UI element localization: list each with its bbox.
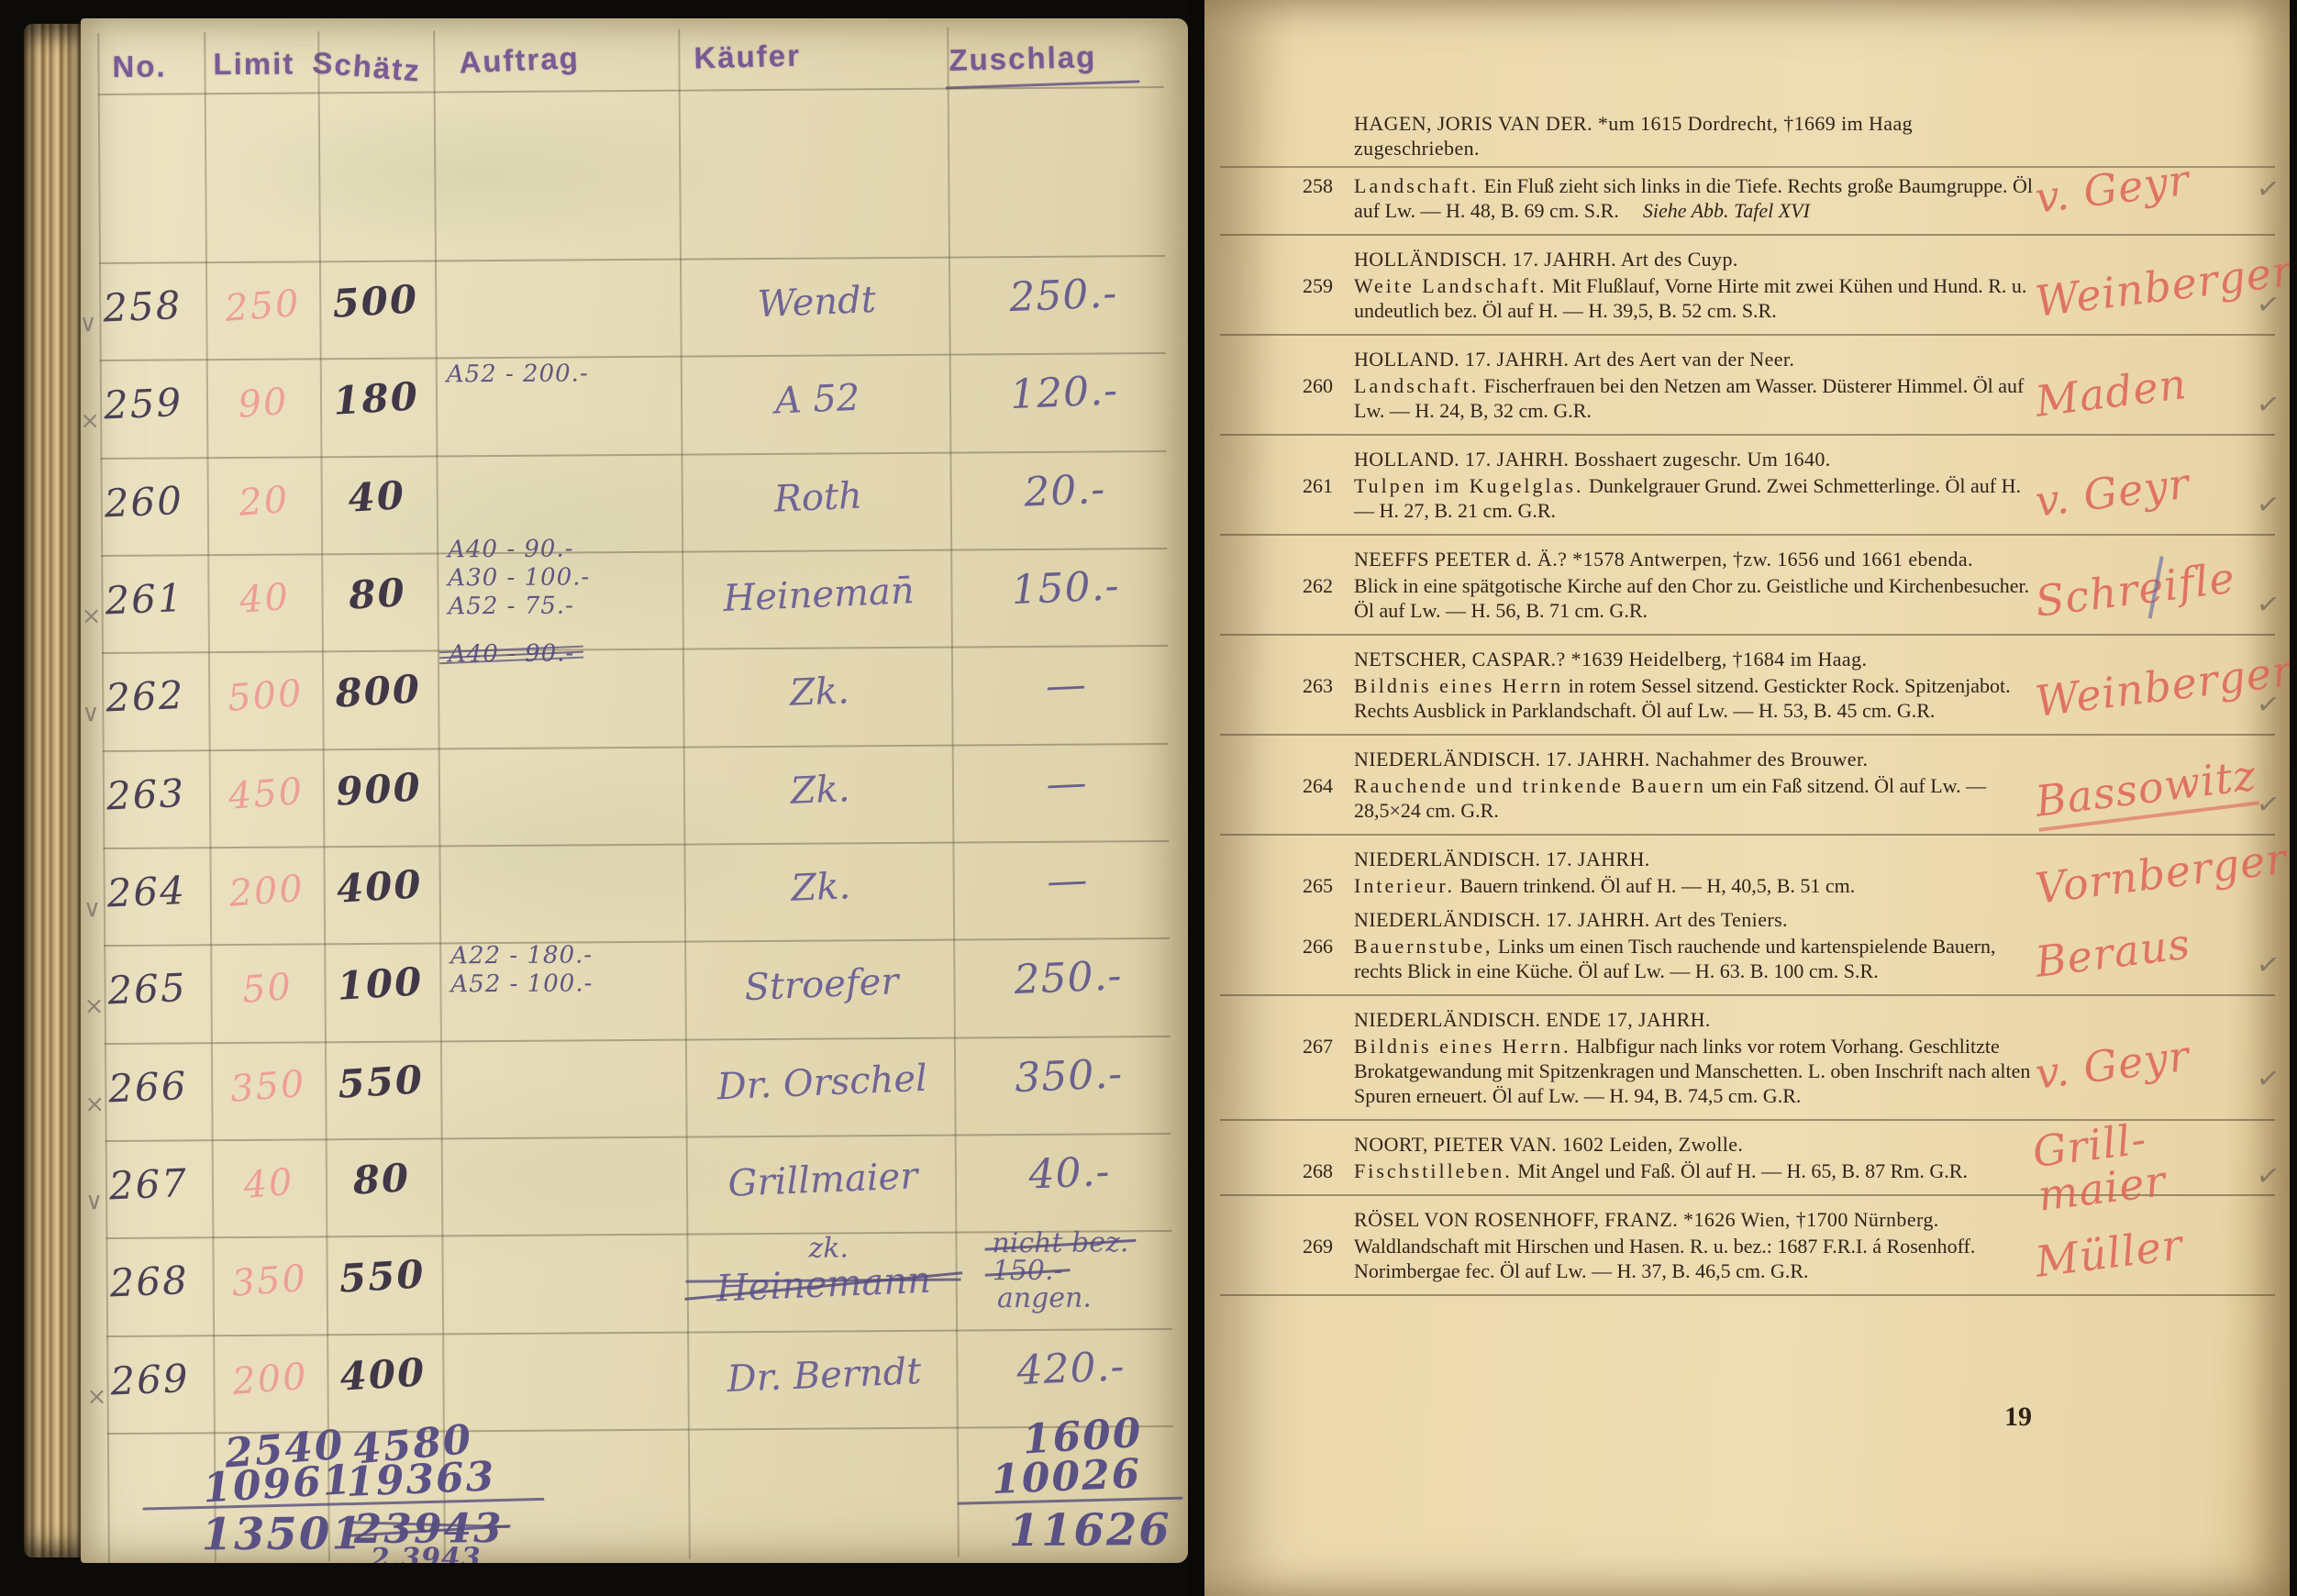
lot-description: 265Interieur. Bauern trinkend. Öl auf H.… [1354, 873, 2037, 898]
row-check-mark: × [86, 1383, 106, 1411]
lot-number: 265 [1303, 873, 1333, 898]
lot-description: 268Fischstilleben. Mit Angel und Faß. Öl… [1354, 1158, 2037, 1183]
entry-separator-rule [1220, 534, 2275, 536]
artist-header: HOLLÄNDISCH. 17. JAHRH. Art des Cuyp. [1354, 247, 2037, 272]
lot-title-emphasis: Weite Landschaft. [1354, 274, 1548, 297]
zuschlag-value: 250.- [952, 268, 1174, 324]
entry-separator-rule [1220, 834, 2275, 836]
margin-check-mark: ✓ [2255, 788, 2282, 823]
auftrag-note: A30 - 100.- [448, 563, 590, 592]
artist-header: NIEDERLÄNDISCH. 17. JAHRH. Nachahmer des… [1354, 747, 2037, 771]
kaufer-value: Dr. Berndt [692, 1348, 958, 1402]
lot-description: 261Tulpen im Kugelglas. Dunkelgrauer Gru… [1354, 473, 2037, 523]
buyer-annotation: Weinberger [2033, 646, 2290, 724]
limit-value: 20 [211, 476, 316, 526]
lot-number: 269 [1303, 1234, 1333, 1258]
header-rule [98, 86, 1164, 95]
ledger-page: No. Limit Schätz Auftrag Käufer Zuschlag… [81, 18, 1188, 1563]
row-check-mark: × [81, 407, 100, 435]
buyer-annotation: Maden [2033, 346, 2290, 424]
lot-number: 259 [84, 379, 202, 428]
artist-header: NETSCHER, CASPAR.? *1639 Heidelberg, †16… [1354, 647, 2037, 671]
lot-description: 263Bildnis eines Herrn in rotem Sessel s… [1354, 673, 2037, 723]
lot-number: 265 [89, 964, 206, 1014]
book-gutter [1188, 0, 1204, 1596]
row-rule [100, 352, 1166, 361]
schatz-value: 550 [326, 1056, 437, 1107]
lot-number: 267 [1303, 1034, 1333, 1058]
buyer-annotation: Weinberger [2033, 246, 2290, 324]
lot-number: 269 [91, 1355, 208, 1404]
lot-number: 262 [1303, 573, 1333, 598]
row-rule [101, 548, 1167, 557]
catalog-entry-264: NIEDERLÄNDISCH. 17. JAHRH. Nachahmer des… [1301, 742, 2290, 827]
lot-title-emphasis: Landschaft. [1354, 374, 1479, 397]
schatz-value: 40 [321, 471, 432, 522]
catalog-entry-267: NIEDERLÄNDISCH. ENDE 17, JAHRH.267Bildni… [1301, 1003, 2290, 1113]
margin-check-mark: ✓ [2255, 388, 2282, 423]
catalog-entry-262: NEEFFS PEETER d. Ä.? *1578 Antwerpen, †z… [1301, 542, 2290, 627]
lot-title-emphasis: Fischstilleben. [1354, 1159, 1513, 1182]
lot-number: 264 [88, 867, 205, 916]
zuschlag-value: angen. [997, 1282, 1092, 1315]
lot-title-emphasis: Bildnis eines Herrn. [1354, 1035, 1571, 1058]
artist-header: RÖSEL VON ROSENHOFF, FRANZ. *1626 Wien, … [1354, 1207, 2037, 1232]
limit-value: 90 [210, 379, 316, 428]
buyer-annotation: Bassowitz [2033, 746, 2290, 824]
auftrag-note-crossed: A40 - 90.- [449, 639, 575, 668]
lot-description: 264Rauchende und trinkende Bauern um ein… [1354, 773, 2037, 823]
buyer-annotation: Müller [2033, 1206, 2290, 1284]
catalog-entry-259: HOLLÄNDISCH. 17. JAHRH. Art des Cuyp.259… [1301, 242, 2290, 327]
row-check-mark: ∨ [83, 895, 101, 923]
artist-header: NEEFFS PEETER d. Ä.? *1578 Antwerpen, †z… [1354, 547, 2037, 571]
margin-check-mark: ✓ [2255, 172, 2282, 206]
margin-check-mark: ✓ [2255, 488, 2282, 523]
row-rule [102, 645, 1168, 654]
column-header-no: No. [112, 50, 166, 84]
row-check-mark: × [84, 1091, 105, 1118]
schatz-value: 400 [327, 1348, 438, 1400]
row-rule [103, 840, 1169, 849]
lot-number: 266 [89, 1062, 206, 1112]
catalog-entry-268: NOORT, PIETER VAN. 1602 Leiden, Zwolle.2… [1301, 1127, 2290, 1188]
schatz-value: 400 [324, 860, 435, 912]
lot-number: 268 [1303, 1158, 1333, 1183]
row-rule [106, 1328, 1172, 1337]
artist-header: HAGEN, JORIS VAN DER. *um 1615 Dordrecht… [1354, 111, 2037, 161]
catalog-entry-261: HOLLAND. 17. JAHRH. Bosshaert zugeschr. … [1301, 442, 2290, 527]
row-check-mark: ∨ [82, 700, 99, 727]
margin-check-mark: ✓ [2255, 1159, 2282, 1194]
schatz-value: 100 [325, 959, 436, 1010]
row-rule [99, 255, 1165, 264]
zuschlag-value: — [957, 853, 1179, 909]
schatz-value: 80 [322, 568, 433, 619]
lot-description: 269Waldlandschaft mit Hirschen und Hasen… [1354, 1234, 2037, 1283]
lot-number: 264 [1303, 773, 1333, 798]
catalog-page: HAGEN, JORIS VAN DER. *um 1615 Dordrecht… [1204, 0, 2290, 1596]
artist-header: NIEDERLÄNDISCH. 17. JAHRH. [1354, 847, 2037, 871]
buyer-annotation: Grill- maier [2030, 1097, 2290, 1219]
annotation-text: Bassowitz [2033, 749, 2259, 831]
zuschlag-value: 420.- [960, 1340, 1182, 1396]
kaufer-value: Zk. [687, 763, 953, 816]
lot-number: 261 [1303, 473, 1333, 498]
margin-check-mark: ✓ [2255, 688, 2282, 723]
lot-number: 262 [86, 671, 204, 721]
lot-number: 258 [83, 282, 201, 331]
catalog-entry-260: HOLLAND. 17. JAHRH. Art des Aert van der… [1301, 342, 2290, 427]
kaufer-abbrev-note: zk. [808, 1233, 849, 1265]
lot-title-emphasis: Rauchende und trinkende Bauern [1354, 774, 1706, 797]
zuschlag-value: 150.- [955, 560, 1177, 616]
zuschlag-value: — [955, 658, 1177, 714]
page-number: 19 [2004, 1402, 2032, 1433]
buyer-annotation: Beraus [2033, 906, 2290, 984]
limit-grand-total: 13501 [201, 1508, 363, 1560]
margin-check-mark: ✓ [2255, 288, 2282, 323]
schatz-value: 500 [320, 276, 431, 327]
row-rule [103, 743, 1169, 752]
artist-header: NOORT, PIETER VAN. 1602 Leiden, Zwolle. [1354, 1132, 2037, 1157]
lot-title-emphasis: Bildnis eines Herrn [1354, 674, 1563, 697]
blue-pen-slash [2148, 556, 2164, 619]
buyer-annotation: v. Geyr [2033, 1018, 2290, 1096]
row-check-mark: × [82, 603, 102, 630]
limit-value: 40 [216, 1159, 321, 1209]
kaufer-value: Stroefer [689, 959, 955, 1012]
kaufer-value: Wendt [683, 276, 949, 329]
lot-description: 267Bildnis eines Herrn. Halbfigur nach l… [1354, 1034, 2037, 1108]
column-header-auftrag: Auftrag [459, 40, 581, 80]
auftrag-note: A52 - 75.- [448, 592, 574, 620]
row-rule [100, 450, 1166, 460]
lot-number: 260 [85, 477, 203, 526]
book-scan: No. Limit Schätz Auftrag Käufer Zuschlag… [0, 0, 2297, 1596]
lot-number: 260 [1303, 373, 1333, 398]
artist-header: NIEDERLÄNDISCH. 17. JAHRH. Art des Tenie… [1354, 907, 2037, 932]
zuschlag-value: 250.- [957, 950, 1179, 1006]
schatz-total-rewrite: 2.3943 [371, 1542, 482, 1563]
entry-separator-rule [1220, 1294, 2275, 1296]
catalog-entry-269: RÖSEL VON ROSENHOFF, FRANZ. *1626 Wien, … [1301, 1203, 2290, 1288]
zuschlag-value: 20.- [954, 462, 1176, 518]
kaufer-value: Roth [685, 471, 951, 524]
artist-header: NIEDERLÄNDISCH. ENDE 17, JAHRH. [1354, 1007, 2037, 1032]
kaufer-value: Heinemann [691, 1258, 957, 1312]
zuschlag-grand-total: 11626 [1008, 1504, 1171, 1557]
entry-separator-rule [1220, 234, 2275, 236]
zuschlag-value: 120.- [953, 365, 1175, 421]
kaufer-value: Heineman̄ [686, 569, 952, 622]
buyer-annotation: Schreifle [2033, 546, 2290, 624]
schatz-value: 800 [323, 666, 434, 717]
entry-separator-rule [1220, 734, 2275, 736]
catalog-entry-266: NIEDERLÄNDISCH. 17. JAHRH. Art des Tenie… [1301, 903, 2290, 988]
kaufer-value: A 52 [684, 373, 950, 427]
plate-reference-note: Siehe Abb. Tafel XVI [1643, 199, 1810, 222]
zuschlag-total: 10026 [991, 1450, 1142, 1503]
margin-check-mark: ✓ [2255, 588, 2282, 623]
schatz-value: 550 [327, 1251, 438, 1302]
zuschlag-value: 350.- [958, 1047, 1180, 1103]
row-rule [105, 1036, 1171, 1045]
artist-header: HOLLAND. 17. JAHRH. Art des Aert van der… [1354, 347, 2037, 371]
schatz-total: 19363 [345, 1453, 496, 1506]
row-check-mark: ∨ [85, 1188, 103, 1215]
column-header-kaufer: Käufer [694, 39, 801, 76]
lot-title-emphasis: Interieur. [1354, 874, 1455, 897]
lot-description: 259Weite Landschaft. Mit Flußlauf, Vorne… [1354, 273, 2037, 323]
row-check-mark: ∨ [81, 310, 97, 338]
limit-value: 40 [212, 574, 317, 624]
limit-value: 450 [213, 769, 318, 818]
lot-description: 258Landschaft. Ein Fluß zieht sich links… [1354, 173, 2037, 223]
kaufer-value: Grillmaier [690, 1154, 956, 1207]
schatz-value: 80 [327, 1153, 438, 1204]
schatz-value: 900 [324, 763, 435, 815]
lot-description: 260Landschaft. Fischerfrauen bei den Net… [1354, 373, 2037, 423]
lot-number: 268 [91, 1257, 208, 1306]
catalog-entries: HAGEN, JORIS VAN DER. *um 1615 Dordrecht… [1301, 106, 2290, 1302]
ledger-table: No. Limit Schätz Auftrag Käufer Zuschlag… [81, 18, 1188, 1563]
lot-title-emphasis: Bauernstube, [1354, 935, 1492, 958]
limit-value: 200 [214, 867, 319, 916]
kaufer-value: Zk. [686, 666, 952, 719]
margin-check-mark: ✓ [2255, 1061, 2282, 1096]
row-rule [105, 1133, 1171, 1142]
buyer-annotation: v. Geyr [2033, 142, 2290, 220]
entry-separator-rule [1220, 334, 2275, 336]
zuschlag-value: — [956, 755, 1178, 811]
zuschlag-value: 40.- [959, 1146, 1181, 1202]
auftrag-note: A40 - 90.- [448, 535, 574, 563]
buyer-annotation: v. Geyr [2033, 446, 2290, 524]
limit-value: 50 [215, 964, 320, 1014]
lot-number: 263 [87, 770, 205, 819]
limit-value: 500 [213, 671, 318, 721]
limit-value: 350 [216, 1257, 322, 1306]
buyer-annotation: Vornberger [2033, 833, 2290, 911]
column-header-zuschlag: Zuschlag [949, 39, 1097, 78]
column-header-schatz: Schätz [311, 45, 422, 88]
catalog-entry-265: NIEDERLÄNDISCH. 17. JAHRH.265Interieur. … [1301, 842, 2290, 903]
limit-value: 200 [217, 1354, 323, 1403]
entry-separator-rule [1220, 634, 2275, 636]
lot-number: 263 [1303, 673, 1333, 698]
lot-number: 259 [1303, 273, 1333, 298]
margin-check-mark: ✓ [2255, 948, 2282, 983]
kaufer-value: Dr. Orschel [689, 1056, 955, 1109]
kaufer-value: Zk. [688, 861, 954, 914]
limit-value: 250 [210, 282, 316, 331]
page-edge-stack [24, 24, 83, 1557]
lot-number: 267 [90, 1159, 207, 1209]
limit-value: 350 [216, 1061, 321, 1111]
auftrag-note: A52 - 200.- [447, 360, 589, 389]
lot-number: 261 [86, 574, 204, 624]
lot-description: 266Bauernstube, Links um einen Tisch rau… [1354, 934, 2037, 983]
auftrag-note: A52 - 100.- [450, 970, 593, 999]
row-rule [104, 937, 1170, 947]
entry-separator-rule [1220, 434, 2275, 436]
entry-separator-rule [1220, 994, 2275, 996]
lot-title-emphasis: Landschaft. [1354, 174, 1479, 197]
lot-number: 258 [1303, 173, 1333, 198]
artist-header: HOLLAND. 17. JAHRH. Bosshaert zugeschr. … [1354, 447, 2037, 471]
schatz-value: 180 [321, 373, 432, 425]
lot-number: 266 [1303, 934, 1333, 959]
column-header-limit: Limit [213, 47, 294, 83]
catalog-entry-263: NETSCHER, CASPAR.? *1639 Heidelberg, †16… [1301, 642, 2290, 727]
lot-description: 262Blick in eine spätgotische Kirche auf… [1354, 573, 2037, 623]
catalog-entry-258: HAGEN, JORIS VAN DER. *um 1615 Dordrecht… [1301, 106, 2290, 227]
auftrag-note: A22 - 180.- [450, 942, 593, 970]
row-check-mark: × [84, 992, 105, 1020]
lot-title-emphasis: Tulpen im Kugelglas. [1354, 474, 1583, 497]
